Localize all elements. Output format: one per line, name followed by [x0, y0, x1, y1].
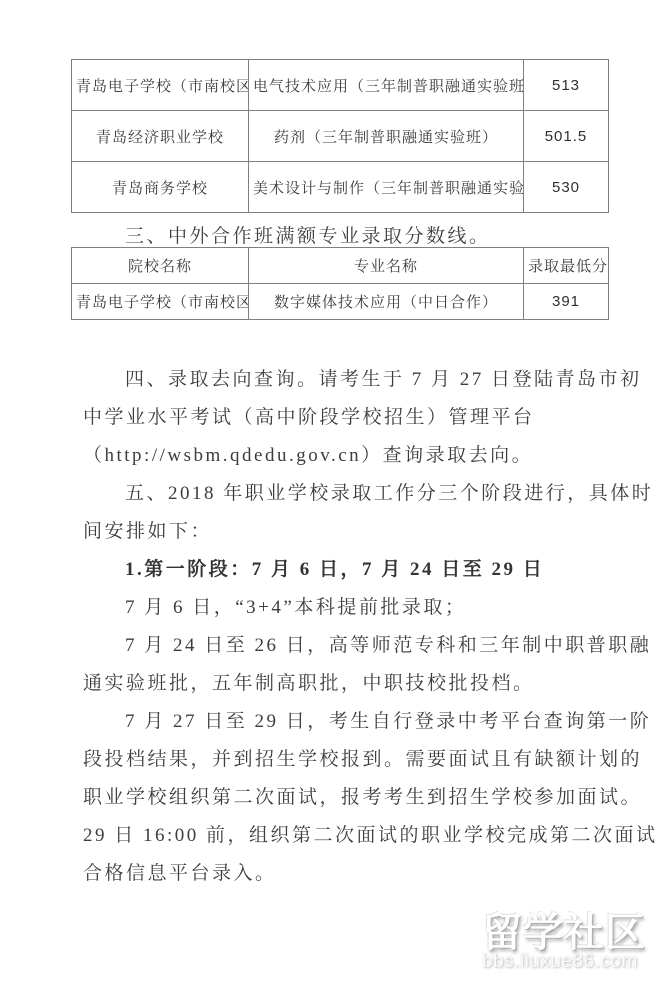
table-row: 青岛电子学校（市南校区） 数字媒体技术应用（中日合作） 391	[72, 284, 609, 320]
score-table: 青岛电子学校（市南校区） 电气技术应用（三年制普职融通实验班） 513 青岛经济…	[71, 59, 609, 213]
text-line: 7 月 24 日至 26 日，高等师范专科和三年制中职普职融	[83, 627, 617, 665]
table-header-row: 院校名称 专业名称 录取最低分	[72, 248, 609, 284]
header-major-name: 专业名称	[249, 248, 524, 284]
table-row: 青岛商务学校 美术设计与制作（三年制普职融通实验班） 530	[72, 162, 609, 213]
body-text: 四、录取去向查询。请考生于 7 月 27 日登陆青岛市初中学业水平考试（高中阶段…	[83, 361, 617, 893]
section-3-heading: 三、中外合作班满额专业录取分数线。	[83, 221, 607, 248]
text-line: （http://wsbm.qdedu.gov.cn）查询录取去向。	[83, 437, 617, 475]
score-cell: 513	[524, 60, 609, 111]
sino-foreign-table: 院校名称 专业名称 录取最低分 青岛电子学校（市南校区） 数字媒体技术应用（中日…	[71, 247, 609, 320]
watermark-title: 留学社区	[482, 912, 646, 954]
header-min-score: 录取最低分	[524, 248, 609, 284]
text-line: 29 日 16:00 前，组织第二次面试的职业学校完成第二次面试	[83, 817, 617, 855]
school-cell: 青岛商务学校	[72, 162, 249, 213]
score-table-body: 青岛电子学校（市南校区） 电气技术应用（三年制普职融通实验班） 513 青岛经济…	[72, 60, 609, 213]
score-cell: 530	[524, 162, 609, 213]
major-cell: 药剂（三年制普职融通实验班）	[249, 111, 524, 162]
major-cell: 数字媒体技术应用（中日合作）	[249, 284, 524, 320]
table-row: 青岛经济职业学校 药剂（三年制普职融通实验班） 501.5	[72, 111, 609, 162]
text-line: 中学业水平考试（高中阶段学校招生）管理平台	[83, 399, 617, 437]
watermark: 留学社区 bbs.liuxue86.com	[482, 912, 646, 973]
school-cell: 青岛电子学校（市南校区）	[72, 60, 249, 111]
document-page: 青岛电子学校（市南校区） 电气技术应用（三年制普职融通实验班） 513 青岛经济…	[0, 0, 656, 993]
text-line: 1.第一阶段：7 月 6 日，7 月 24 日至 29 日	[83, 551, 617, 589]
text-line: 合格信息平台录入。	[83, 855, 617, 893]
watermark-url: bbs.liuxue86.com	[482, 951, 646, 973]
score-cell: 501.5	[524, 111, 609, 162]
score-cell: 391	[524, 284, 609, 320]
text-line: 五、2018 年职业学校录取工作分三个阶段进行，具体时	[83, 475, 617, 513]
header-school-name: 院校名称	[72, 248, 249, 284]
text-line: 7 月 27 日至 29 日，考生自行登录中考平台查询第一阶	[83, 703, 617, 741]
text-line: 7 月 6 日，“3+4”本科提前批录取；	[83, 589, 617, 627]
major-cell: 美术设计与制作（三年制普职融通实验班）	[249, 162, 524, 213]
major-cell: 电气技术应用（三年制普职融通实验班）	[249, 60, 524, 111]
text-line: 职业学校组织第二次面试，报考考生到招生学校参加面试。	[83, 779, 617, 817]
table-row: 青岛电子学校（市南校区） 电气技术应用（三年制普职融通实验班） 513	[72, 60, 609, 111]
text-line: 四、录取去向查询。请考生于 7 月 27 日登陆青岛市初	[83, 361, 617, 399]
sino-foreign-table-body: 青岛电子学校（市南校区） 数字媒体技术应用（中日合作） 391	[72, 284, 609, 320]
text-line: 间安排如下：	[83, 513, 617, 551]
school-cell: 青岛电子学校（市南校区）	[72, 284, 249, 320]
text-line: 段投档结果，并到招生学校报到。需要面试且有缺额计划的	[83, 741, 617, 779]
school-cell: 青岛经济职业学校	[72, 111, 249, 162]
text-line: 通实验班批，五年制高职批，中职技校批投档。	[83, 665, 617, 703]
